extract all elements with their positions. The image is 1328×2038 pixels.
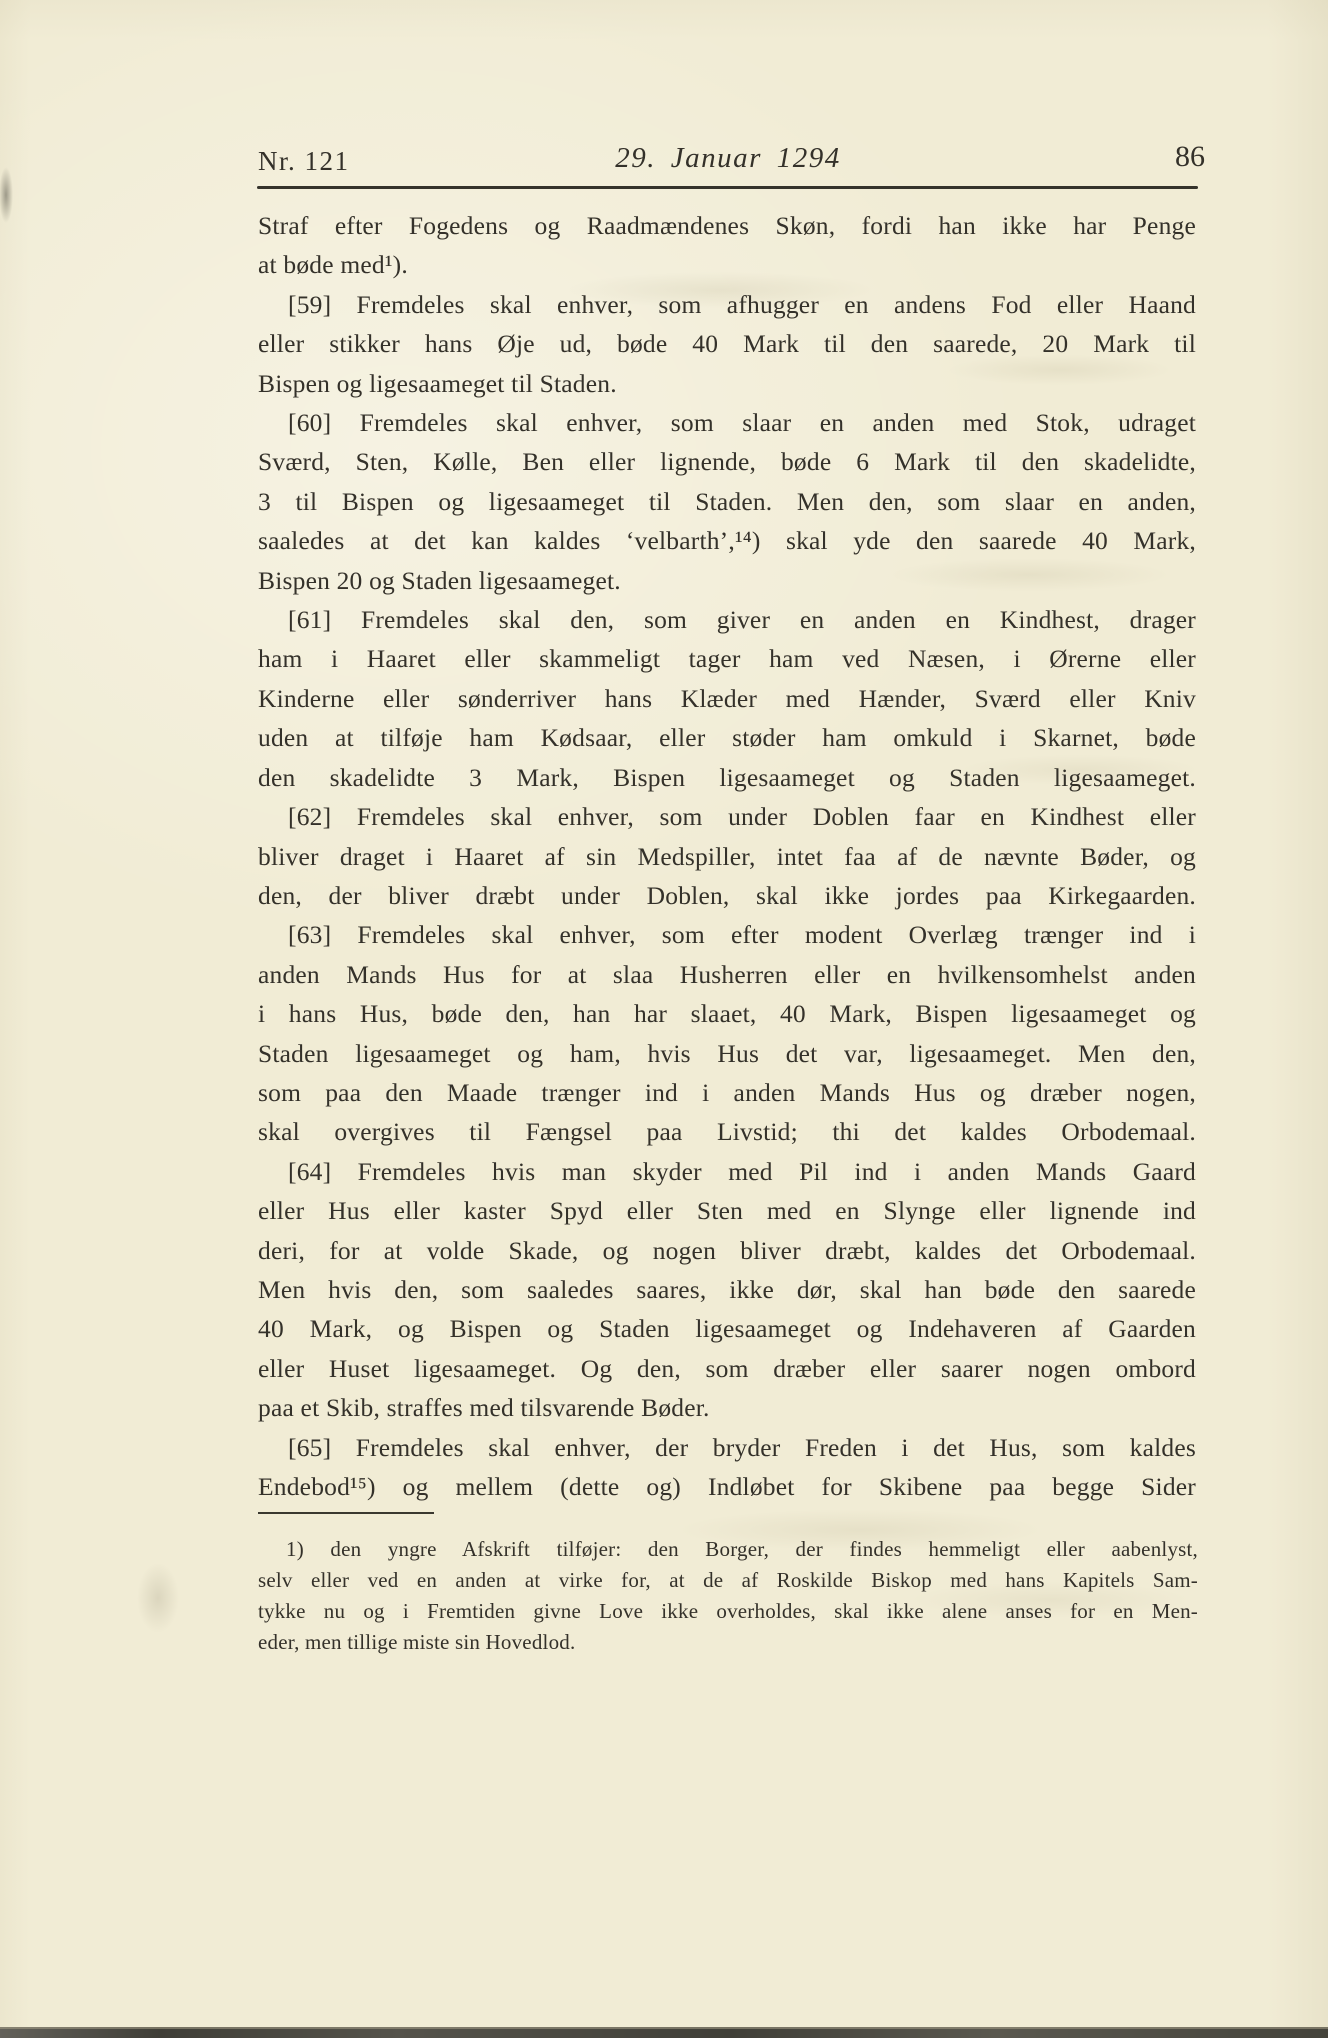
text-line: [61] Fremdeles skal den, som giver en an… bbox=[258, 600, 1196, 639]
page-bottom-edge bbox=[0, 2027, 1328, 2038]
text-line: Staden ligesaameget og ham, hvis Hus det… bbox=[258, 1034, 1196, 1073]
header-rule bbox=[257, 186, 1198, 189]
text-line: som paa den Maade trænger ind i anden Ma… bbox=[258, 1073, 1196, 1112]
footnote: 1) den yngre Afskrift tilføjer: den Borg… bbox=[258, 1534, 1198, 1658]
text-line: [62] Fremdeles skal enhver, som under Do… bbox=[258, 797, 1196, 836]
text-line: uden at tilføje ham Kødsaar, eller støde… bbox=[258, 718, 1196, 757]
book-page: Nr. 121 29. Januar 1294 86 Straf efter F… bbox=[0, 0, 1328, 2038]
text-line: tykke nu og i Fremtiden givne Love ikke … bbox=[258, 1596, 1198, 1627]
text-line: Men hvis den, som saaledes saares, ikke … bbox=[258, 1270, 1196, 1309]
text-line: den skadelidte 3 Mark, Bispen ligesaameg… bbox=[258, 758, 1196, 797]
text-line: eller Hus eller kaster Spyd eller Sten m… bbox=[258, 1191, 1196, 1230]
text-line: Bispen og ligesaameget til Staden. bbox=[258, 364, 1196, 403]
text-line: eller Huset ligesaameget. Og den, som dr… bbox=[258, 1349, 1196, 1388]
text-line: skal overgives til Fængsel paa Livstid; … bbox=[258, 1112, 1196, 1151]
text-line: eller stikker hans Øje ud, bøde 40 Mark … bbox=[258, 324, 1196, 363]
text-line: 3 til Bispen og ligesaameget til Staden.… bbox=[258, 482, 1196, 521]
text-line: anden Mands Hus for at slaa Husherren el… bbox=[258, 955, 1196, 994]
text-line: [63] Fremdeles skal enhver, som efter mo… bbox=[258, 915, 1196, 954]
text-line: i hans Hus, bøde den, han har slaaet, 40… bbox=[258, 994, 1196, 1033]
text-line: eder, men tillige miste sin Hovedlod. bbox=[258, 1627, 1198, 1658]
text-line: [60] Fremdeles skal enhver, som slaar en… bbox=[258, 403, 1196, 442]
text-line: deri, for at volde Skade, og nogen blive… bbox=[258, 1231, 1196, 1270]
text-line: at bøde med¹). bbox=[258, 245, 1196, 284]
footnote-separator bbox=[258, 1512, 434, 1514]
text-line: paa et Skib, straffes med tilsvarende Bø… bbox=[258, 1388, 1196, 1427]
text-line: Kinderne eller sønderriver hans Klæder m… bbox=[258, 679, 1196, 718]
text-line: ham i Haaret eller skammeligt tager ham … bbox=[258, 639, 1196, 678]
text-line: saaledes at det kan kaldes ‘velbarth’,¹⁴… bbox=[258, 521, 1196, 560]
body-text: Straf efter Fogedens og Raadmændenes Skø… bbox=[258, 206, 1196, 1506]
page-number: 86 bbox=[258, 140, 1205, 174]
text-line: 1) den yngre Afskrift tilføjer: den Borg… bbox=[258, 1534, 1198, 1565]
text-line: Endebod¹⁵) og mellem (dette og) Indløbet… bbox=[258, 1467, 1196, 1506]
text-line: bliver draget i Haaret af sin Medspiller… bbox=[258, 837, 1196, 876]
text-line: [59] Fremdeles skal enhver, som afhugger… bbox=[258, 285, 1196, 324]
text-line: Bispen 20 og Staden ligesaameget. bbox=[258, 561, 1196, 600]
text-line: 40 Mark, og Bispen og Staden ligesaamege… bbox=[258, 1309, 1196, 1348]
text-line: den, der bliver dræbt under Doblen, skal… bbox=[258, 876, 1196, 915]
text-line: selv eller ved en anden at virke for, at… bbox=[258, 1565, 1198, 1596]
text-line: Straf efter Fogedens og Raadmændenes Skø… bbox=[258, 206, 1196, 245]
text-line: [64] Fremdeles hvis man skyder med Pil i… bbox=[258, 1152, 1196, 1191]
text-line: [65] Fremdeles skal enhver, der bryder F… bbox=[258, 1428, 1196, 1467]
text-line: Sværd, Sten, Kølle, Ben eller lignende, … bbox=[258, 442, 1196, 481]
